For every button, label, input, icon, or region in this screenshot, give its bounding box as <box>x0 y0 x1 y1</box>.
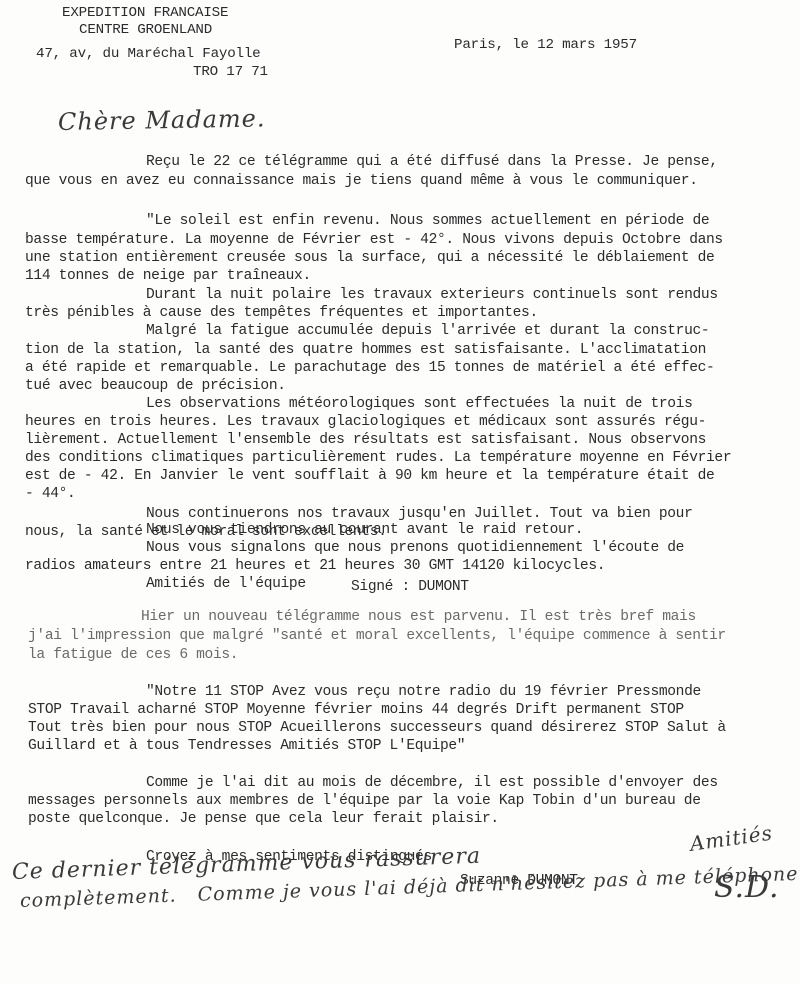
letterhead-address: 47, av, du Maréchal Fayolle <box>36 45 260 63</box>
body-line: Nous vous tiendrons au courant avant le … <box>146 521 583 539</box>
body-line: j'ai l'impression que malgré "santé et m… <box>28 627 726 645</box>
body-line: lièrement. Actuellement l'ensemble des r… <box>25 431 706 449</box>
handwritten-amities: Amitiés <box>688 821 774 856</box>
body-line: Malgré la fatigue accumulée depuis l'arr… <box>146 322 709 340</box>
body-line: Tout très bien pour nous STOP Acueillero… <box>28 719 726 737</box>
body-line: STOP Travail acharné STOP Moyenne févrie… <box>28 701 684 719</box>
body-line: des conditions climatiques particulièrem… <box>25 449 731 467</box>
body-line: heures en trois heures. Les travaux glac… <box>25 413 706 431</box>
handwritten-salutation: Chère Madame. <box>58 104 266 136</box>
handwritten-initials: S.D. <box>714 870 780 905</box>
body-line: poste quelconque. Je pense que cela leur… <box>28 810 499 828</box>
body-line: Amitiés de l'équipe <box>146 575 306 593</box>
body-line: 114 tonnes de neige par traîneaux. <box>25 267 311 285</box>
letterhead-org-line2: CENTRE GROENLAND <box>79 21 212 39</box>
body-line: "Notre 11 STOP Avez vous reçu notre radi… <box>146 683 701 701</box>
letter-page: EXPEDITION FRANCAISE CENTRE GROENLAND 47… <box>0 0 800 984</box>
body-line: Comme je l'ai dit au mois de décembre, i… <box>146 774 718 792</box>
body-line: Hier un nouveau télégramme nous est parv… <box>141 608 696 626</box>
body-line: Guillard et à tous Tendresses Amitiés ST… <box>28 737 465 755</box>
letterhead-org-line1: EXPEDITION FRANCAISE <box>62 4 228 22</box>
letterhead-phone: TRO 17 71 <box>193 63 268 81</box>
body-line: que vous en avez eu connaissance mais je… <box>25 172 698 190</box>
body-line: Les observations météorologiques sont ef… <box>146 395 693 413</box>
body-line: - 44°. <box>25 485 75 503</box>
body-line: Reçu le 22 ce télégramme qui a été diffu… <box>146 153 718 171</box>
body-line: est de - 42. En Janvier le vent soufflai… <box>25 467 714 485</box>
body-line: Durant la nuit polaire les travaux exter… <box>146 286 718 304</box>
body-line: très pénibles à cause des tempêtes fréqu… <box>25 304 538 322</box>
signed-line: Signé : DUMONT <box>351 578 469 596</box>
body-line: une station entièrement creusée sous la … <box>25 249 714 267</box>
body-line: a été rapide et remarquable. Le parachut… <box>25 359 714 377</box>
body-line: basse température. La moyenne de Février… <box>25 231 723 249</box>
body-line: Nous vous signalons que nous prenons quo… <box>146 539 684 557</box>
body-line: la fatigue de ces 6 mois. <box>28 646 238 664</box>
body-line: tion de la station, la santé des quatre … <box>25 341 706 359</box>
body-line: messages personnels aux membres de l'équ… <box>28 792 701 810</box>
body-line: "Le soleil est enfin revenu. Nous sommes… <box>146 212 709 230</box>
date-line: Paris, le 12 mars 1957 <box>454 36 637 54</box>
body-line: tué avec beaucoup de précision. <box>25 377 286 395</box>
body-line: radios amateurs entre 21 heures et 21 he… <box>25 557 605 575</box>
